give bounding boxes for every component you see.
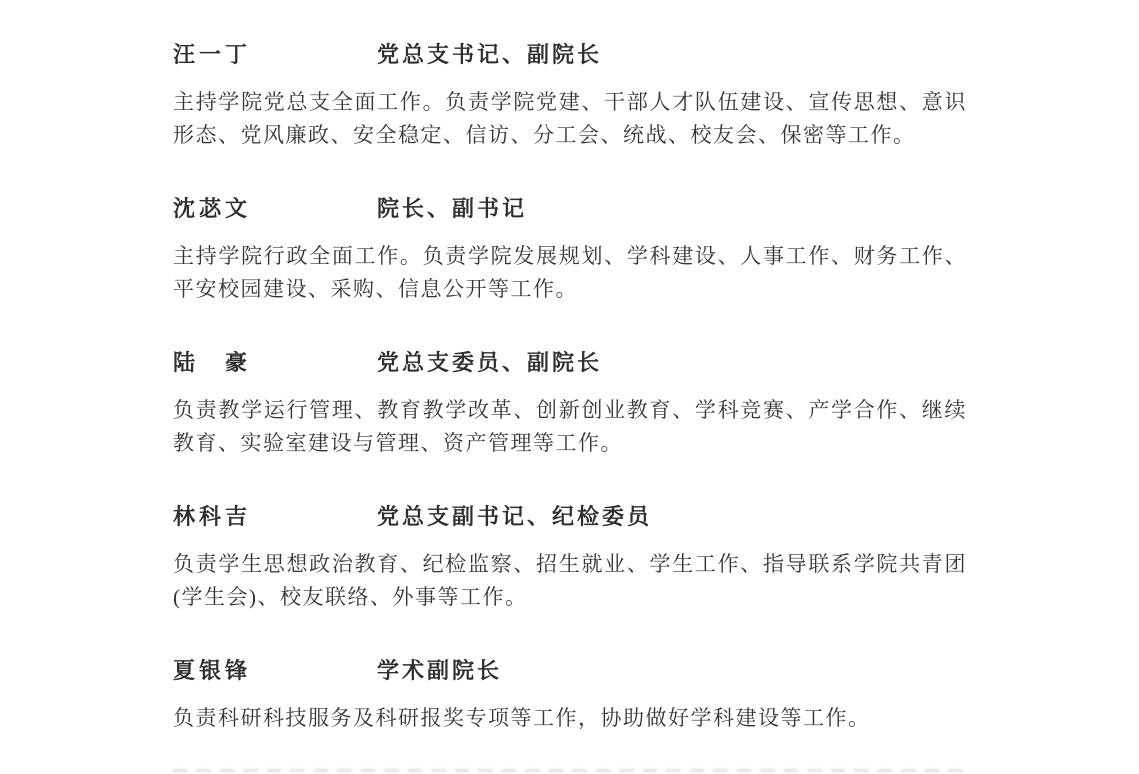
cutoff-next-line	[173, 760, 967, 774]
person-name: 沈苾文	[173, 194, 373, 224]
roster-entry: 陆 豪 党总支委员、副院长 负责教学运行管理、教育教学改革、创新创业教育、学科竞…	[173, 348, 967, 460]
person-title: 党总支委员、副院长	[377, 350, 602, 375]
roster-entry: 汪一丁 党总支书记、副院长 主持学院党总支全面工作。负责学院党建、干部人才队伍建…	[173, 40, 967, 152]
person-title: 党总支副书记、纪检委员	[377, 504, 652, 529]
entry-header: 陆 豪 党总支委员、副院长	[173, 348, 967, 381]
roster-entry: 沈苾文 院长、副书记 主持学院行政全面工作。负责学院发展规划、学科建设、人事工作…	[173, 194, 967, 306]
entry-header: 汪一丁 党总支书记、副院长	[173, 40, 967, 73]
roster-entry: 林科吉 党总支副书记、纪检委员 负责学生思想政治教育、纪检监察、招生就业、学生工…	[173, 502, 967, 614]
person-name: 夏银锋	[173, 656, 373, 686]
person-title: 党总支书记、副院长	[377, 42, 602, 67]
person-title: 院长、副书记	[377, 196, 527, 221]
duties-text: 负责学生思想政治教育、纪检监察、招生就业、学生工作、指导联系学院共青团(学生会)…	[173, 548, 967, 614]
duties-text: 负责科研科技服务及科研报奖专项等工作，协助做好学科建设等工作。	[173, 702, 967, 735]
entry-header: 沈苾文 院长、副书记	[173, 194, 967, 227]
duties-text: 负责教学运行管理、教育教学改革、创新创业教育、学科竞赛、产学合作、继续教育、实验…	[173, 394, 967, 460]
duties-text: 主持学院行政全面工作。负责学院发展规划、学科建设、人事工作、财务工作、平安校园建…	[173, 240, 967, 306]
person-title: 学术副院长	[377, 658, 502, 683]
person-name: 汪一丁	[173, 40, 373, 70]
document-page: 汪一丁 党总支书记、副院长 主持学院党总支全面工作。负责学院党建、干部人才队伍建…	[0, 0, 1139, 774]
entry-header: 夏银锋 学术副院长	[173, 656, 967, 689]
person-name: 陆 豪	[173, 348, 373, 378]
entry-header: 林科吉 党总支副书记、纪检委员	[173, 502, 967, 535]
duties-text: 主持学院党总支全面工作。负责学院党建、干部人才队伍建设、宣传思想、意识形态、党风…	[173, 86, 967, 152]
roster-entry: 夏银锋 学术副院长 负责科研科技服务及科研报奖专项等工作，协助做好学科建设等工作…	[173, 656, 967, 735]
person-name: 林科吉	[173, 502, 373, 532]
